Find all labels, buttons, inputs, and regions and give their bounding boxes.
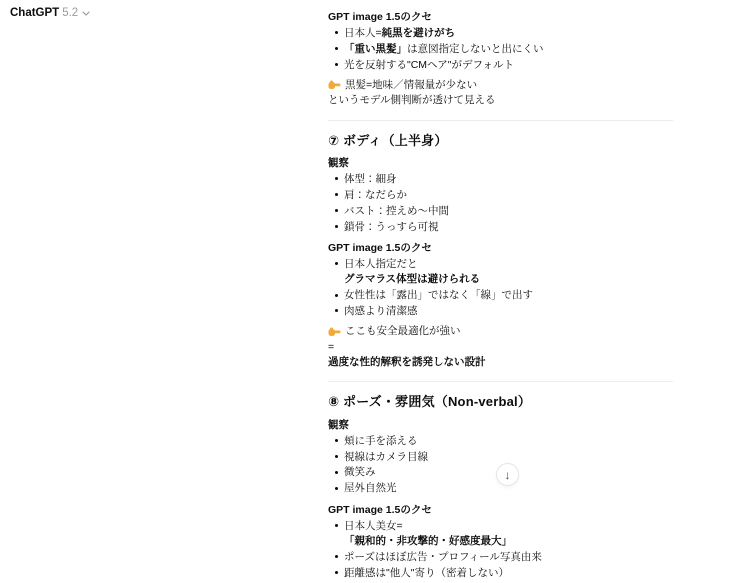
bullet-text-post: は意図指定しないと出にくい xyxy=(407,43,544,55)
pointer-text: 黒髪=地味／情報量が少ない xyxy=(345,79,477,91)
down-arrow-icon: ↓ xyxy=(505,469,511,481)
section-hair-kuse: GPT image 1.5のクセ 日本人=純黒を避けがち 「重い黒髪」は意図指定… xyxy=(328,11,673,107)
pointer-line: 黒髪=地味／情報量が少ない xyxy=(328,79,673,91)
conclusion-text: 過度な性的解釈を誘発しない設計 xyxy=(328,356,673,368)
list-item: 視線はカメラ目線 xyxy=(328,451,673,463)
scroll-to-bottom-button[interactable]: ↓ xyxy=(496,463,519,486)
bullet-text-bold: 「重い黒髪」 xyxy=(344,43,407,55)
model-selector[interactable]: ChatGPT 5.2 xyxy=(10,7,90,19)
list-item: 肩：なだらか xyxy=(328,189,673,201)
list-item: バスト：控えめ～中間 xyxy=(328,205,673,217)
bullet-text-pre: 日本人= xyxy=(344,27,382,39)
list-item: 頬に手を添える xyxy=(328,435,673,447)
list-item: 肉感より清潔感 xyxy=(328,305,673,317)
list-item: 日本人指定だとグラマラス体型は避けられる xyxy=(328,258,673,286)
pointing-right-hand-icon xyxy=(328,80,341,90)
list-item: 「重い黒髪」は意図指定しないと出にくい xyxy=(328,43,673,55)
kuse-bullet-list: 日本人=純黒を避けがち 「重い黒髪」は意図指定しないと出にくい 光を反射する"C… xyxy=(328,27,673,71)
observe-title: 観察 xyxy=(328,157,673,169)
kuse-title: GPT image 1.5のクセ xyxy=(328,242,673,254)
section-heading: ⑦ ボディ（上半身） xyxy=(328,133,673,148)
bullet-text-pre: 光を反射する"CMヘア"がデフォルト xyxy=(344,59,514,71)
bullet-text-pre: 日本人指定だと xyxy=(344,258,418,270)
list-item: 体型：細身 xyxy=(328,173,673,185)
bullet-text-bold: 純黒を避けがち xyxy=(382,27,456,39)
pointer-line: ここも安全最適化が強い xyxy=(328,325,673,337)
bullet-text-bold: グラマラス体型は避けられる xyxy=(344,273,673,285)
list-item: 光を反射する"CMヘア"がデフォルト xyxy=(328,59,673,71)
list-item: 日本人=純黒を避けがち xyxy=(328,27,673,39)
observe-bullet-list: 体型：細身 肩：なだらか バスト：控えめ～中間 鎖骨：うっすら可視 xyxy=(328,173,673,233)
note-text: というモデル側判断が透けて見える xyxy=(328,94,673,106)
app-name: ChatGPT xyxy=(10,7,59,19)
equals-line: = xyxy=(328,341,673,353)
pointer-text: ここも安全最適化が強い xyxy=(345,325,461,337)
section-heading: ⑧ ポーズ・雰囲気（Non-verbal） xyxy=(328,394,673,409)
kuse-bullet-list: 日本人指定だとグラマラス体型は避けられる 女性性は「露出」ではなく「線」で出す … xyxy=(328,258,673,318)
section-divider xyxy=(328,381,673,382)
model-version: 5.2 xyxy=(62,7,78,19)
list-item: 鎖骨：うっすら可視 xyxy=(328,221,673,233)
chevron-down-icon xyxy=(82,11,90,16)
assistant-message: GPT image 1.5のクセ 日本人=純黒を避けがち 「重い黒髪」は意図指定… xyxy=(328,0,673,488)
list-item: 女性性は「露出」ではなく「線」で出す xyxy=(328,289,673,301)
section-body: ⑦ ボディ（上半身） 観察 体型：細身 肩：なだらか バスト：控えめ～中間 鎖骨… xyxy=(328,133,673,369)
observe-title: 観察 xyxy=(328,419,673,431)
pointing-right-hand-icon xyxy=(328,327,341,337)
section-divider xyxy=(328,120,673,121)
kuse-title: GPT image 1.5のクセ xyxy=(328,11,673,23)
